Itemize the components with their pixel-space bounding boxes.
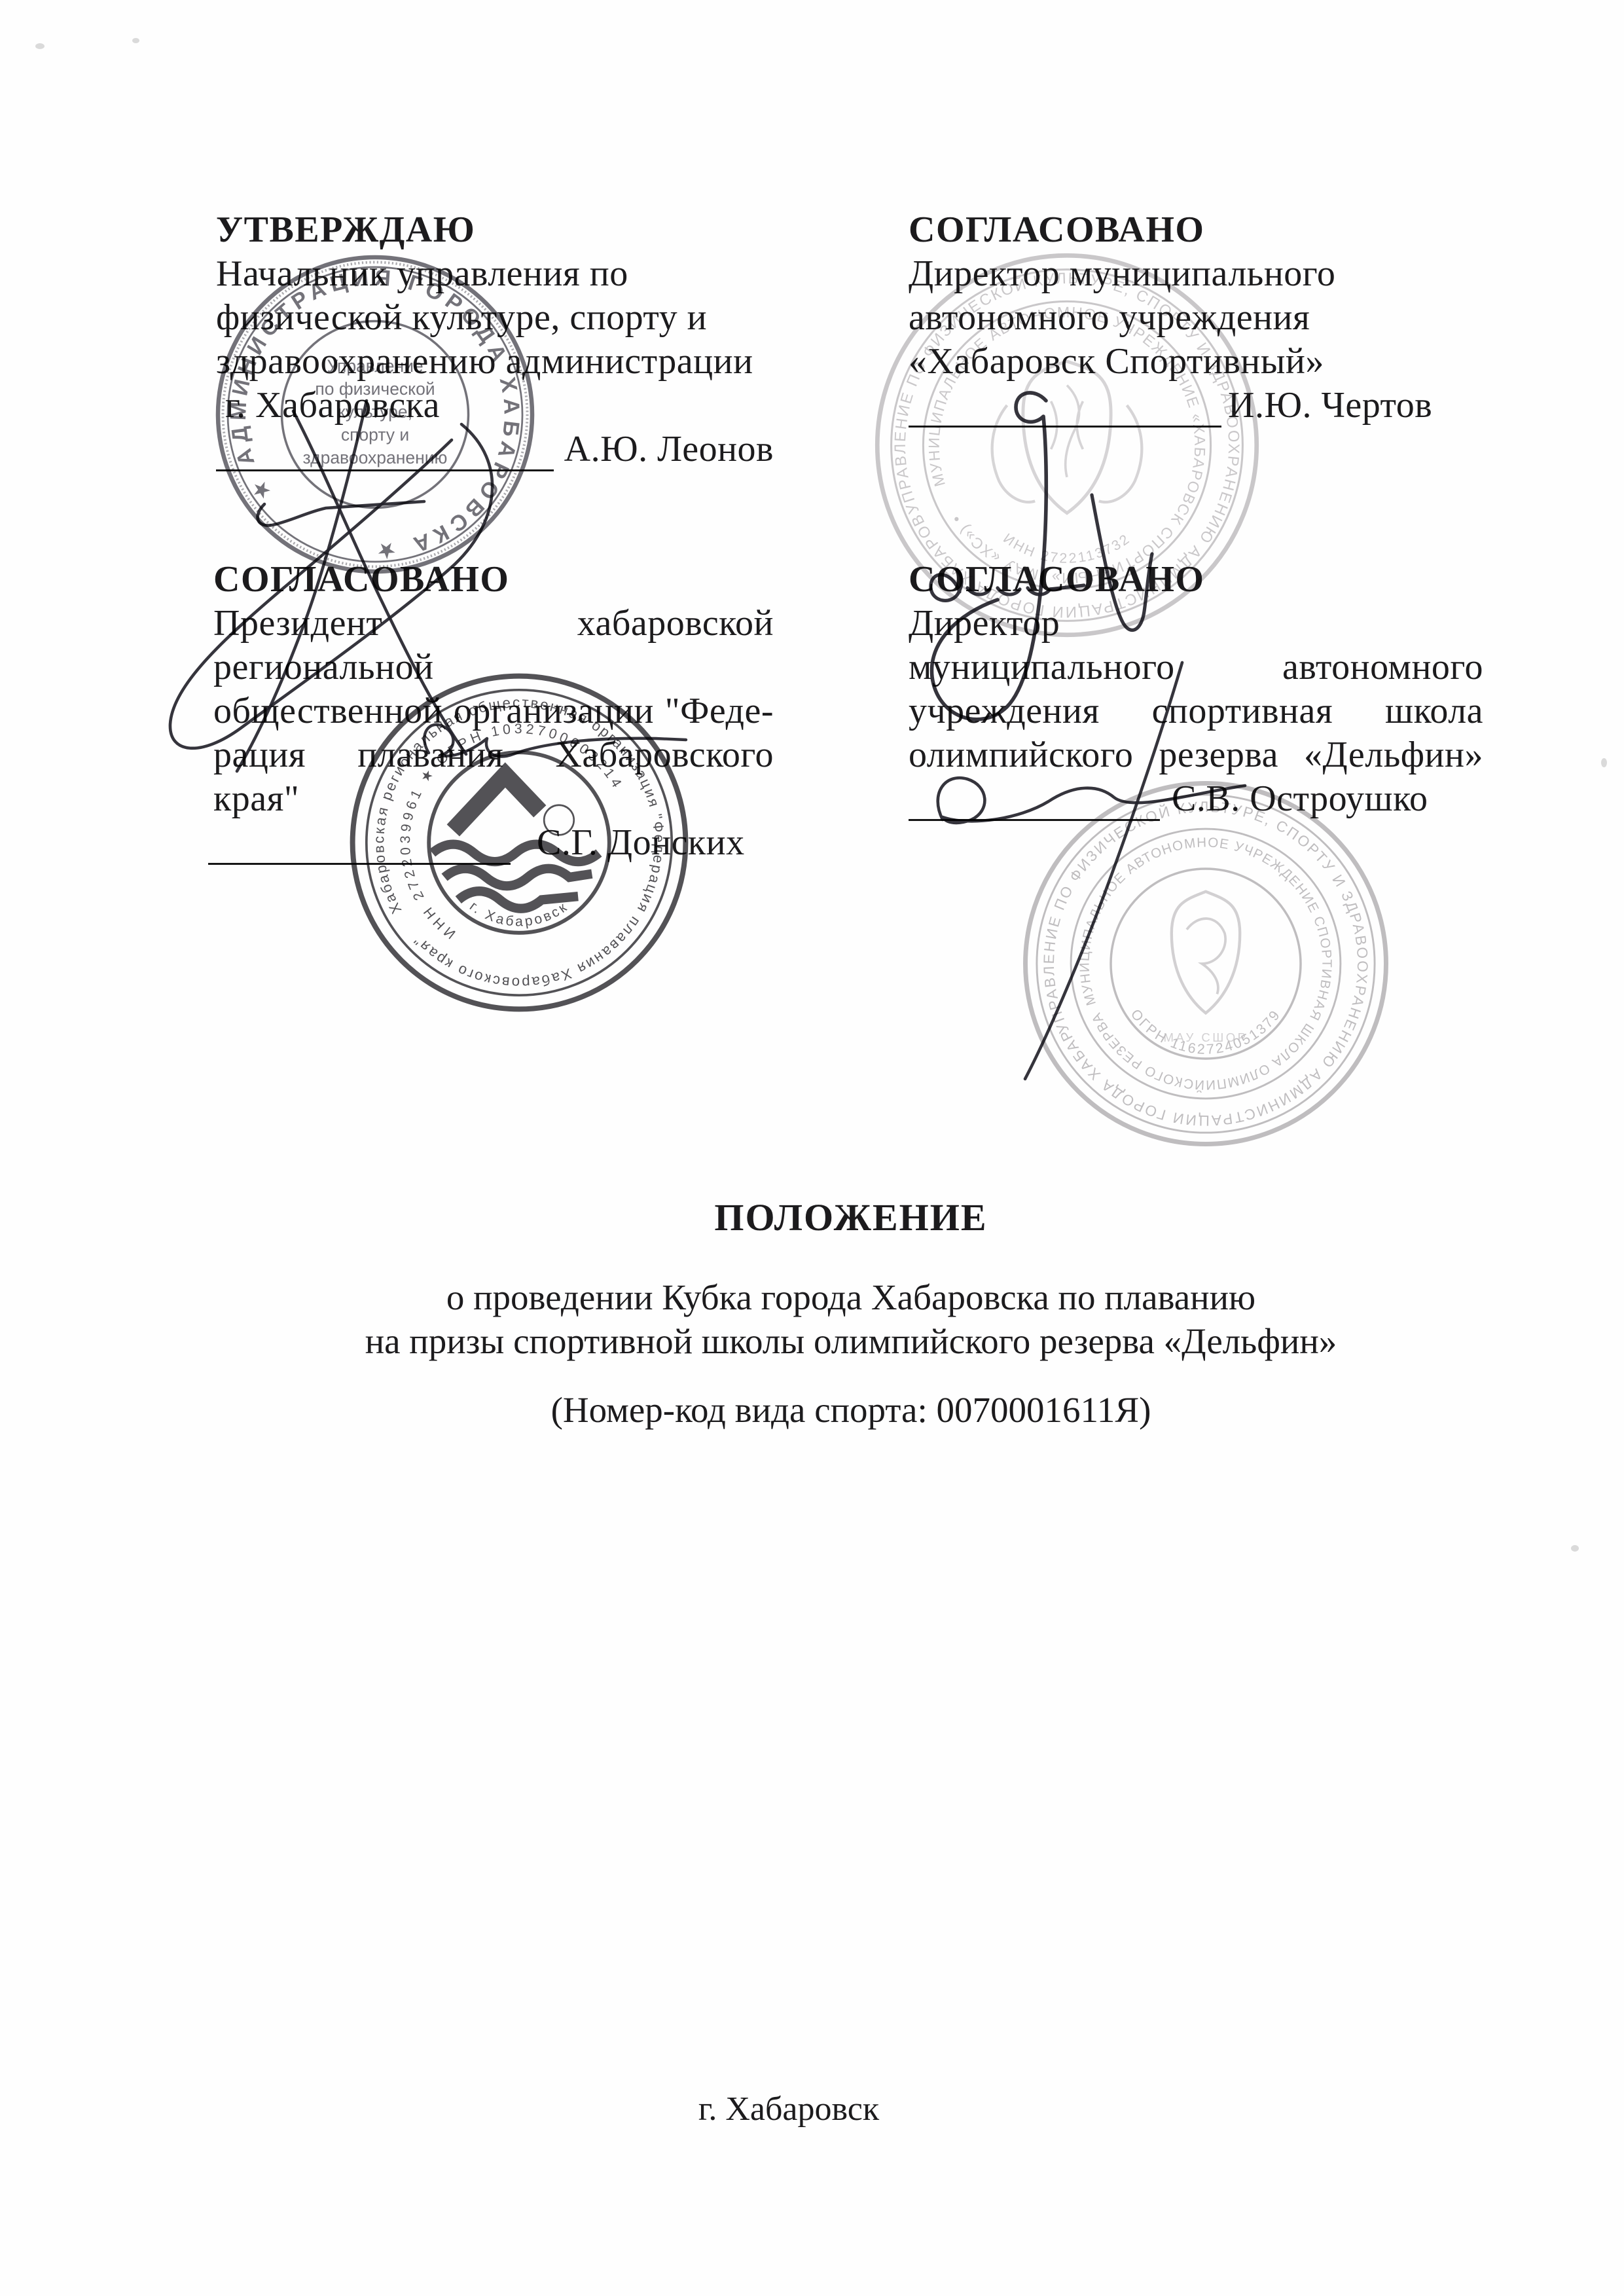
scan-speck xyxy=(35,43,45,49)
page-title: ПОЛОЖЕНИЕ xyxy=(65,1195,1624,1239)
signature-chertov xyxy=(1092,495,1152,630)
scan-speck xyxy=(1571,1545,1579,1552)
signature-donskikh xyxy=(424,725,686,757)
document-page: УТВЕРЖДАЮ Начальник управления по физиче… xyxy=(0,0,1624,2296)
signature-chertov xyxy=(931,393,1046,720)
signature-ostroushko xyxy=(938,778,1245,823)
signature-chertov xyxy=(931,570,1084,600)
footer-city: г. Хабаровск xyxy=(0,2090,1578,2128)
signature-leonov xyxy=(170,424,492,748)
scan-speck xyxy=(1601,758,1607,767)
subtitle-line-1: о проведении Кубка города Хабаровска по … xyxy=(65,1275,1624,1319)
sport-code-line: (Номер-код вида спорта: 0070001611Я) xyxy=(65,1389,1624,1430)
signatures-layer xyxy=(0,0,1624,2296)
signature-ostroushko xyxy=(1025,663,1182,1079)
scan-speck xyxy=(132,38,139,43)
subtitle-line-2: на призы спортивной школы олимпийского р… xyxy=(65,1319,1624,1363)
